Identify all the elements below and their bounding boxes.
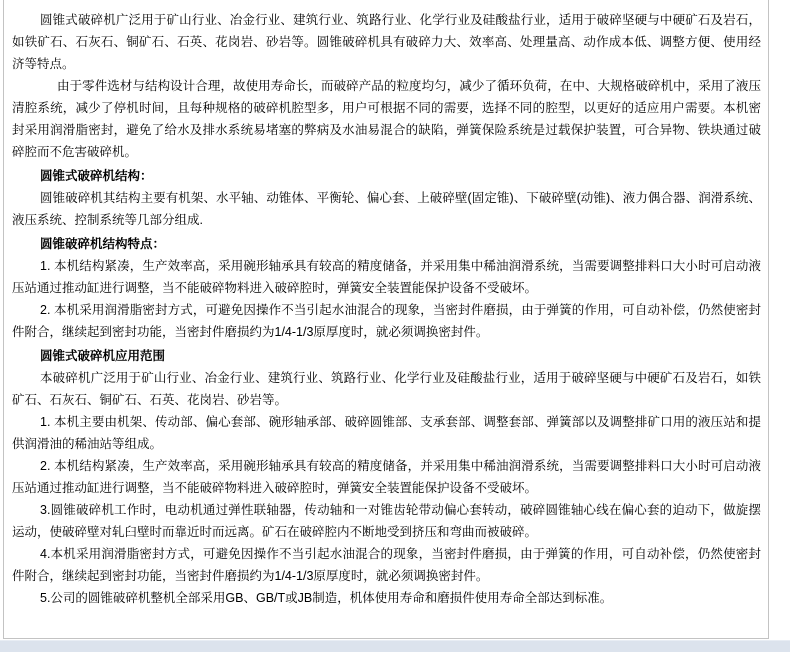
- content-panel: 圆锥式破碎机广泛用于矿山行业、冶金行业、建筑行业、筑路行业、化学行业及硅酸盐行业…: [3, 0, 769, 639]
- intro-paragraph-2: 由于零件选材与结构设计合理，故使用寿命长，而破碎产品的粒度均匀，减少了循环负荷，…: [12, 75, 761, 163]
- features-list-item: 1. 本机结构紧凑，生产效率高，采用碗形轴承具有较高的精度储备，并采用集中稀油润…: [12, 255, 761, 299]
- application-intro-paragraph: 本破碎机广泛用于矿山行业、冶金行业、建筑行业、筑路行业、化学行业及硅酸盐行业，适…: [12, 367, 761, 411]
- features-section-heading: 圆锥破碎机结构特点：: [12, 233, 761, 255]
- application-list-item: 4.本机采用润滑脂密封方式，可避免因操作不当引起水油混合的现象，当密封件磨损，由…: [12, 543, 761, 587]
- features-list-item: 2. 本机采用润滑脂密封方式，可避免因操作不当引起水油混合的现象，当密封件磨损，…: [12, 299, 761, 343]
- structure-section-body: 圆锥破碎机其结构主要有机架、水平轴、动锥体、平衡轮、偏心套、上破碎壁(固定锥)、…: [12, 187, 761, 231]
- structure-section-heading: 圆锥式破碎机结构：: [12, 165, 761, 187]
- application-list-item: 5.公司的圆锥破碎机整机全部采用GB、GB/T或JB制造，机体使用寿命和磨损件使…: [12, 587, 761, 609]
- application-section-heading: 圆锥式破碎机应用范围: [12, 345, 761, 367]
- application-list-item: 1. 本机主要由机架、传动部、偏心套部、碗形轴承部、破碎圆锥部、支承套部、调整套…: [12, 411, 761, 455]
- bottom-strip: [0, 640, 790, 652]
- application-list-item: 3.圆锥破碎机工作时，电动机通过弹性联轴器，传动轴和一对锥齿轮带动偏心套转动，破…: [12, 499, 761, 543]
- intro-paragraph-1: 圆锥式破碎机广泛用于矿山行业、冶金行业、建筑行业、筑路行业、化学行业及硅酸盐行业…: [12, 9, 761, 75]
- application-list-item: 2. 本机结构紧凑，生产效率高，采用碗形轴承具有较高的精度储备，并采用集中稀油润…: [12, 455, 761, 499]
